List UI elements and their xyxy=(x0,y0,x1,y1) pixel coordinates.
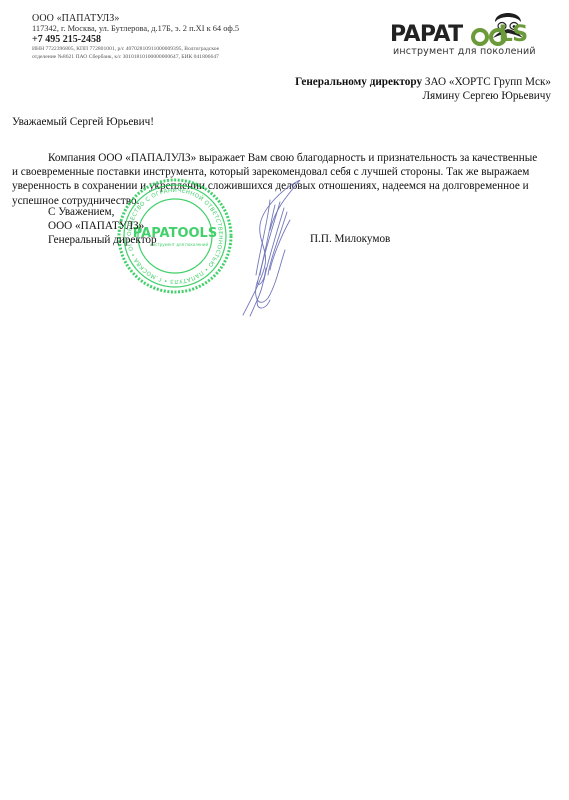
body-line: Компания ООО «ПАПАЛУЛЗ» выражает Вам сво… xyxy=(12,151,552,165)
requisites-line-2: отделение №8621 ПАО Сбербанк, к/с 301018… xyxy=(32,53,219,61)
logo-tagline: инструмент для поколений xyxy=(393,46,536,57)
logo-wordmark-dark: PAPAT xyxy=(390,22,463,47)
body-line: и своевременные поставки инструмента, ко… xyxy=(12,165,552,179)
closing-block: С Уважением, ООО «ПАПАТУЛЗ» Генеральный … xyxy=(48,205,157,248)
closing-regards: С Уважением, xyxy=(48,205,157,219)
addressee-position: Генеральному директору xyxy=(295,76,422,88)
papatools-logo: PAPATOOLS инструмент для поколений xyxy=(388,14,548,54)
addressee-block: Генеральному директору ЗАО «ХОРТС Групп … xyxy=(295,75,551,103)
signer-name: П.П. Милокумов xyxy=(310,233,390,245)
stamp-tagline: инструмент для поколений xyxy=(150,242,209,247)
handwritten-signature xyxy=(240,180,350,320)
requisites-line-1: ИНН 7722396805, КПП 772801001, р/с 40702… xyxy=(32,45,219,53)
addressee-name: Лямину Сергею Юрьевичу xyxy=(295,89,551,103)
addressee-line-1: Генеральному директору ЗАО «ХОРТС Групп … xyxy=(295,75,551,89)
greeting: Уважаемый Сергей Юрьевич! xyxy=(12,116,154,128)
closing-title: Генеральный директор xyxy=(48,233,157,247)
logo-tools-glyph xyxy=(471,27,507,47)
letterhead-address: 117342, г. Москва, ул. Бутлерова, д.17Б,… xyxy=(32,24,239,33)
letterhead-phone: +7 495 215-2458 xyxy=(32,34,101,45)
letterhead-company: ООО «ПАПАТУЛЗ» xyxy=(32,13,119,24)
letterhead-requisites: ИНН 7722396805, КПП 772801001, р/с 40702… xyxy=(32,45,219,61)
addressee-organization: ЗАО «ХОРТС Групп Мск» xyxy=(425,76,551,88)
closing-company: ООО «ПАПАТУЛЗ» xyxy=(48,219,157,233)
